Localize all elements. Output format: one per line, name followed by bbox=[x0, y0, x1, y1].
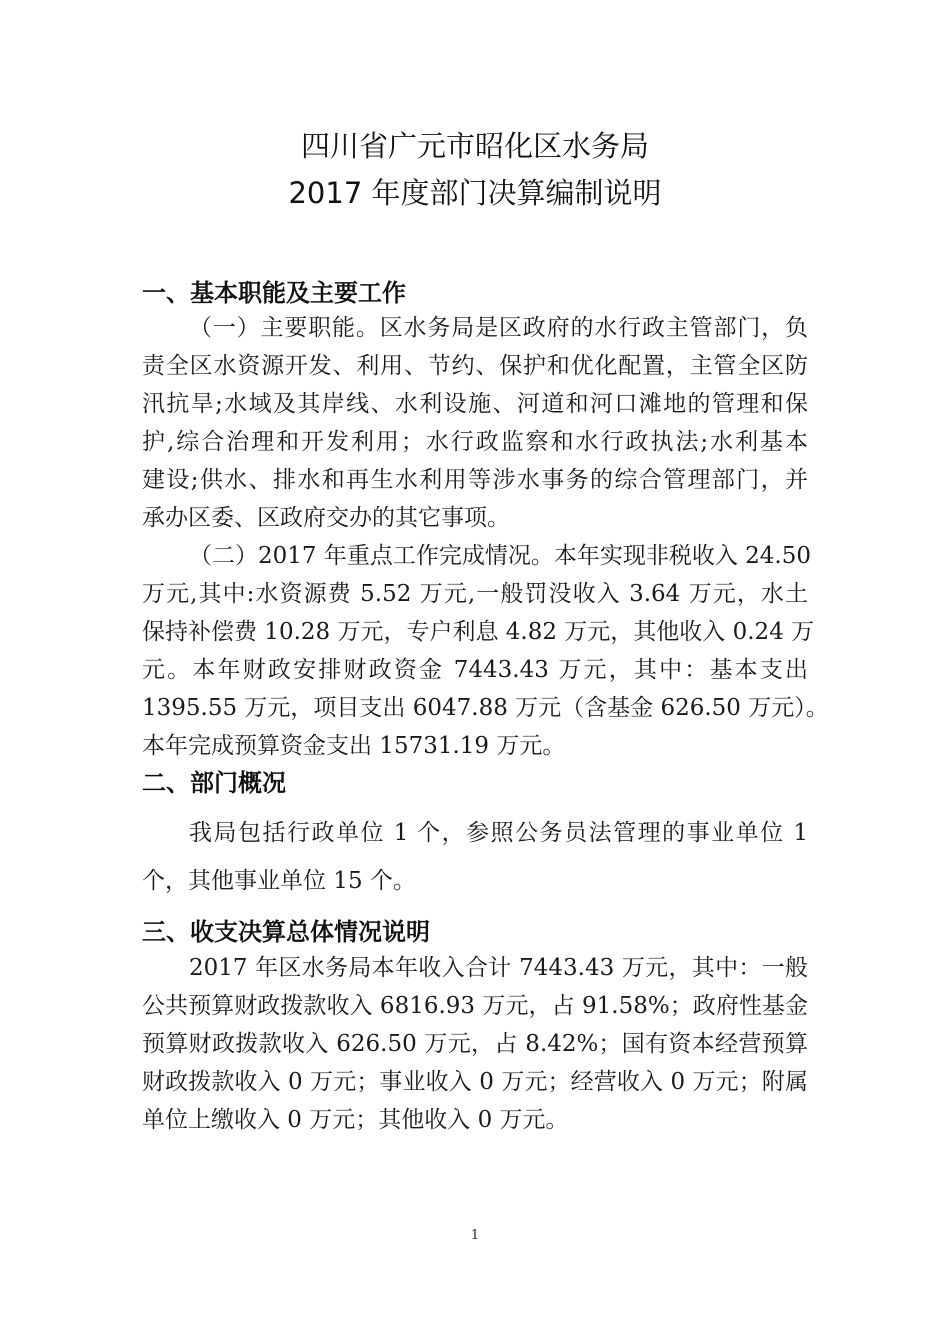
paragraph-line: （一）主要职能。区水务局是区政府的水行政主管部门，负 bbox=[189, 313, 808, 343]
paragraph-line: 预算财政拨款收入 626.50 万元，占 8.42%；国有资本经营预算 bbox=[142, 1029, 808, 1059]
section-heading-basic-functions: 一、基本职能及主要工作 bbox=[142, 273, 406, 308]
paragraph-line: 我局包括行政单位 1 个，参照公务员法管理的事业单位 1 bbox=[189, 818, 808, 848]
section-heading-department-overview: 二、部门概况 bbox=[142, 763, 286, 798]
document-title-line2: 2017 年度部门决算编制说明 bbox=[0, 171, 950, 212]
page-number: 1 bbox=[0, 1228, 950, 1243]
paragraph-line: 保持补偿费 10.28 万元，专户利息 4.82 万元，其他收入 0.24 万 bbox=[142, 617, 808, 647]
paragraph-line: 责全区水资源开发、利用、节约、保护和优化配置，主管全区防 bbox=[142, 351, 808, 381]
paragraph-line: 承办区委、区政府交办的其它事项。 bbox=[142, 503, 808, 533]
paragraph-line: 2017 年区水务局本年收入合计 7443.43 万元，其中：一般 bbox=[189, 953, 808, 983]
paragraph-line: 财政拨款收入 0 万元；事业收入 0 万元；经营收入 0 万元；附属 bbox=[142, 1067, 808, 1097]
paragraph-line: 单位上缴收入 0 万元；其他收入 0 万元。 bbox=[142, 1105, 808, 1135]
paragraph-line: 元。本年财政安排财政资金 7443.43 万元，其中：基本支出 bbox=[142, 655, 808, 685]
paragraph-line: （二）2017 年重点工作完成情况。本年实现非税收入 24.50 bbox=[189, 541, 808, 571]
document-page: 四川省广元市昭化区水务局 2017 年度部门决算编制说明 一、基本职能及主要工作… bbox=[0, 0, 950, 1343]
document-title-line1: 四川省广元市昭化区水务局 bbox=[0, 124, 950, 165]
paragraph-line: 护,综合治理和开发利用；水行政监察和水行政执法;水利基本 bbox=[142, 427, 808, 457]
paragraph-line: 1395.55 万元，项目支出 6047.88 万元（含基金 626.50 万元… bbox=[142, 693, 808, 723]
paragraph-line: 公共预算财政拨款收入 6816.93 万元，占 91.58%；政府性基金 bbox=[142, 991, 808, 1021]
paragraph-line: 建设;供水、排水和再生水利用等涉水事务的综合管理部门，并 bbox=[142, 465, 808, 495]
section-heading-income-expenditure: 三、收支决算总体情况说明 bbox=[142, 912, 430, 947]
paragraph-line: 万元,其中:水资源费 5.52 万元,一般罚没收入 3.64 万元，水土 bbox=[142, 579, 808, 609]
paragraph-line: 个，其他事业单位 15 个。 bbox=[142, 866, 808, 896]
paragraph-line: 汛抗旱;水域及其岸线、水利设施、河道和河口滩地的管理和保 bbox=[142, 389, 808, 419]
paragraph-line: 本年完成预算资金支出 15731.19 万元。 bbox=[142, 731, 808, 761]
